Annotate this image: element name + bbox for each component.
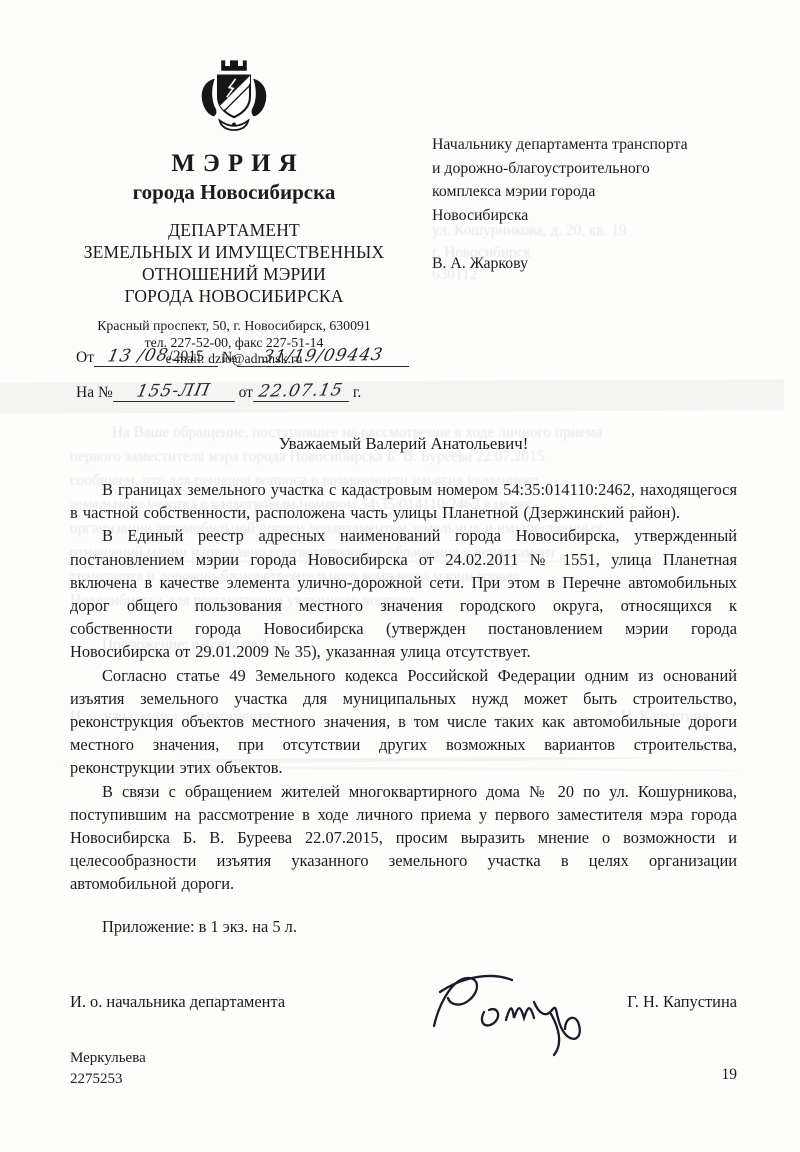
reply-date-label: от [239, 384, 253, 401]
incoming-date-handwritten: 22.07.15 [257, 380, 345, 401]
number-label: № [222, 349, 237, 366]
recipient-block: Начальнику департамента транспорта и дор… [432, 133, 748, 276]
org-title: МЭРИЯ [38, 150, 430, 178]
letterhead: МЭРИЯ города Новосибирска ДЕПАРТАМЕНТ ЗЕ… [38, 54, 430, 368]
handwritten-signature [420, 960, 590, 1060]
recipient-line: Новосибирска [432, 204, 748, 228]
outgoing-ref-row: От13 /08/2015 №31/19/09443 [76, 346, 436, 367]
paragraph: В Единый реестр адресных наименований го… [70, 524, 737, 663]
recipient-line: комплекса мэрии города [432, 180, 748, 204]
paragraph: В связи с обращением жителей многокварти… [70, 780, 737, 896]
executor-phone: 2275253 [70, 1069, 146, 1090]
address-line: Красный проспект, 50, г. Новосибирск, 63… [38, 318, 430, 335]
page-number: 19 [722, 1066, 738, 1084]
department-line: ДЕПАРТАМЕНТ [38, 219, 430, 241]
reference-block: От13 /08/2015 №31/19/09443 На №155-ЛП от… [76, 346, 436, 416]
signer-position: И. о. начальника департамента [70, 992, 285, 1012]
attachment-note: Приложение: в 1 экз. на 5 л. [70, 917, 737, 937]
department-name: ДЕПАРТАМЕНТ ЗЕМЕЛЬНЫХ И ИМУЩЕСТВЕННЫХ ОТ… [38, 219, 430, 307]
year-suffix: г. [353, 384, 361, 401]
from-label: От [76, 349, 94, 366]
org-subtitle: города Новосибирска [38, 180, 430, 205]
recipient-name: В. А. Жаркову [432, 252, 748, 276]
incoming-ref-row: На №155-ЛП от22.07.15 г. [76, 381, 436, 402]
paragraph: В границах земельного участка с кадастро… [70, 478, 737, 524]
salutation: Уважаемый Валерий Анатольевич! [70, 434, 737, 454]
department-line: ЗЕМЕЛЬНЫХ И ИМУЩЕСТВЕННЫХ [38, 241, 430, 263]
novosibirsk-coat-of-arms-icon [186, 54, 282, 142]
scanned-letter-page: На Ваше обращение, поступившее на рассмо… [0, 0, 800, 1152]
reply-label: На № [76, 384, 113, 401]
outgoing-date-handwritten: 13 /08 [106, 345, 171, 366]
recipient-line: и дорожно-благоустроительного [432, 157, 748, 181]
paragraph: Согласно статье 49 Земельного кодекса Ро… [70, 664, 737, 780]
executor-name: Меркульева [70, 1048, 146, 1069]
signer-name: Г. Н. Капустина [627, 992, 737, 1012]
recipient-line: Начальнику департамента транспорта [432, 133, 748, 157]
executor-block: Меркульева 2275253 [70, 1048, 146, 1089]
letter-body: Уважаемый Валерий Анатольевич! В граница… [70, 434, 737, 953]
department-line: ГОРОДА НОВОСИБИРСКА [38, 285, 430, 307]
department-line: ОТНОШЕНИЙ МЭРИИ [38, 263, 430, 285]
incoming-number-handwritten: 155-ЛП [135, 380, 212, 401]
outgoing-year-printed: /2015 [169, 348, 204, 365]
outgoing-number-handwritten: 31/19/09443 [261, 345, 385, 367]
